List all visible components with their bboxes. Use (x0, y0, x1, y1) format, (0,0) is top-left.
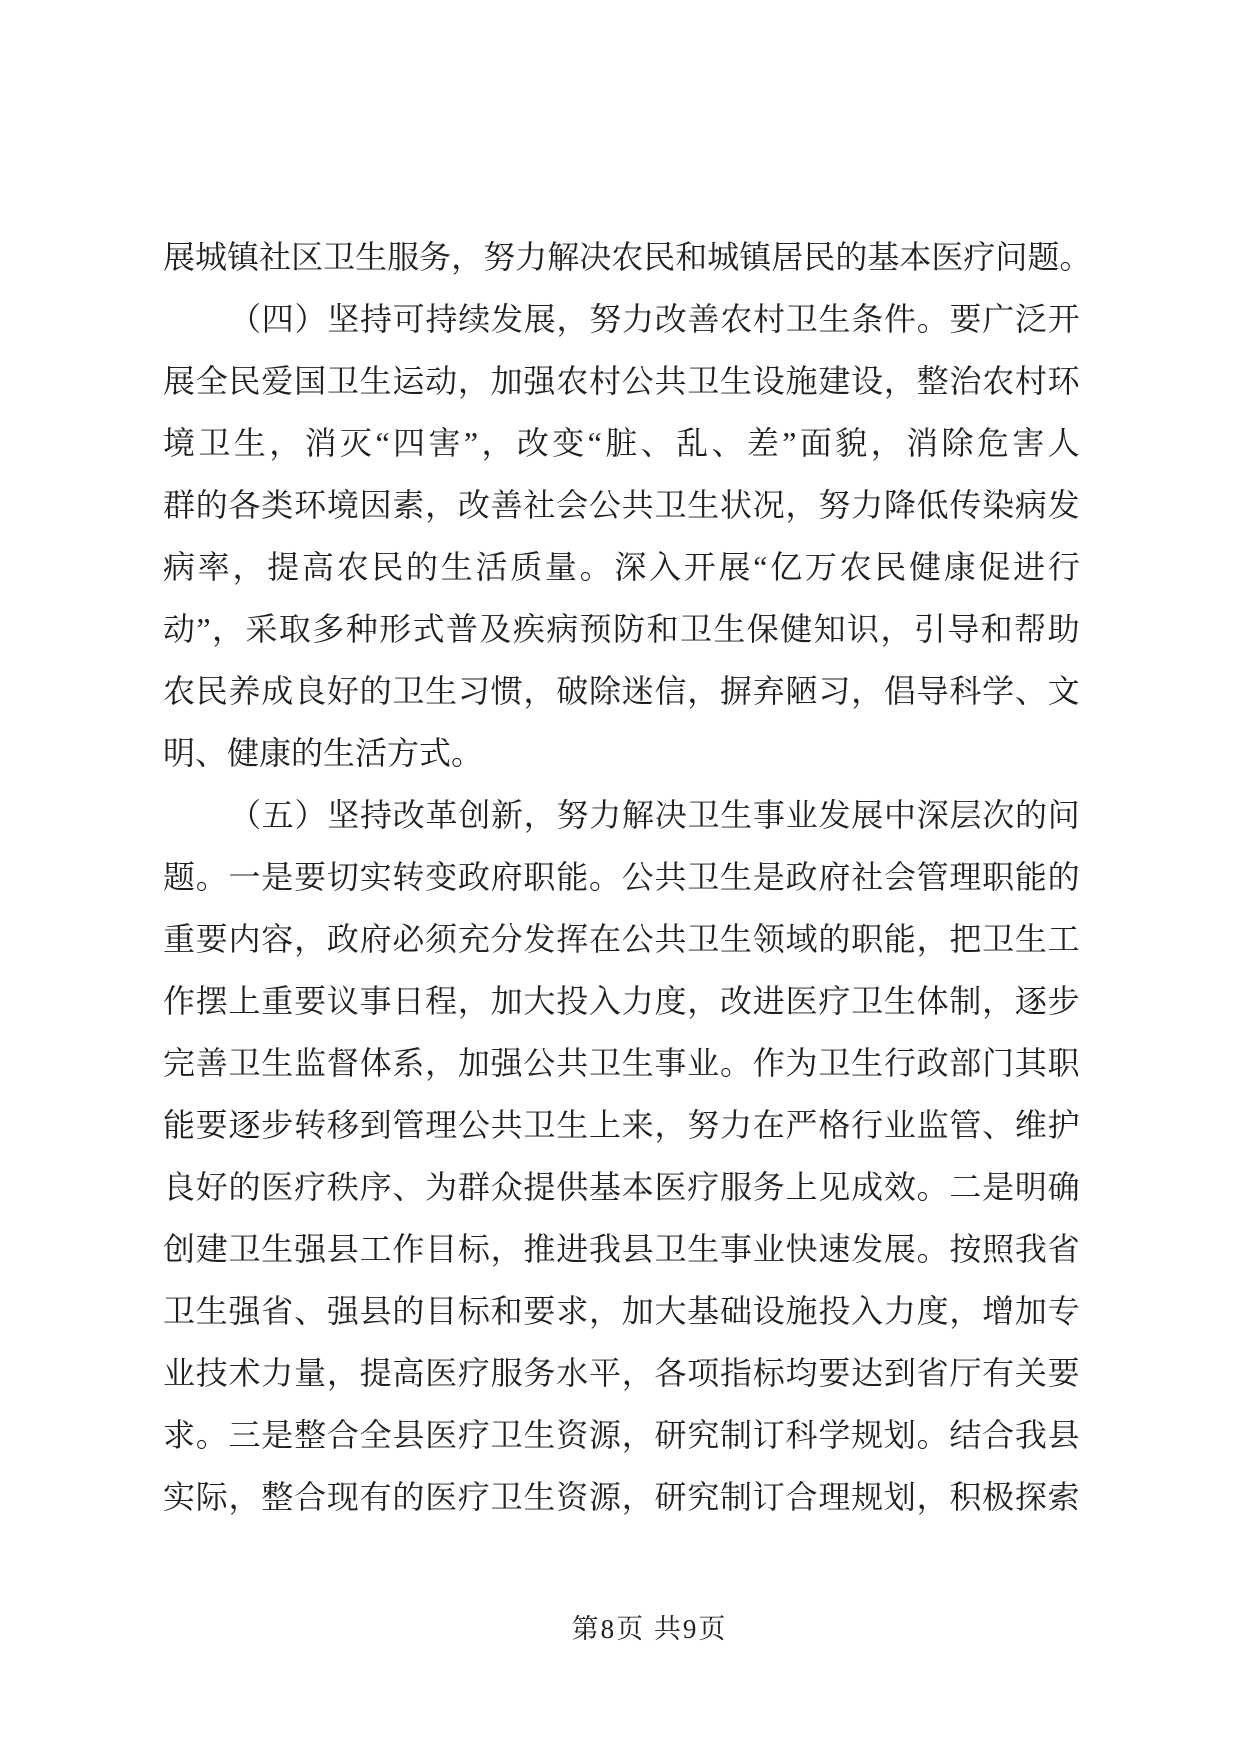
text-line: 能要逐步转移到管理公共卫生上来，努力在严格行业监管、维护 (163, 1094, 1080, 1156)
text-line: 展全民爱国卫生运动，加强农村公共卫生设施建设，整治农村环 (163, 350, 1080, 412)
text-line: 卫生强省、强县的目标和要求，加大基础设施投入力度，增加专 (163, 1280, 1080, 1342)
text-line: 展城镇社区卫生服务，努力解决农民和城镇居民的基本医疗问题。 (163, 226, 1080, 288)
page-number: 第8页 共9页 (572, 1614, 728, 1644)
text-line: 实际，整合现有的医疗卫生资源，研究制订合理规划，积极探索 (163, 1466, 1080, 1528)
text-line: 明、健康的生活方式。 (163, 722, 1080, 784)
text-line: 境卫生，消灭“四害”，改变“脏、乱、差”面貌，消除危害人 (163, 412, 1080, 474)
text-line: （四）坚持可持续发展，努力改善农村卫生条件。要广泛开 (163, 288, 1080, 350)
text-line: 群的各类环境因素，改善社会公共卫生状况，努力降低传染病发 (163, 474, 1080, 536)
text-line: 农民养成良好的卫生习惯，破除迷信，摒弃陋习，倡导科学、文 (163, 660, 1080, 722)
text-line: 完善卫生监督体系，加强公共卫生事业。作为卫生行政部门其职 (163, 1032, 1080, 1094)
page-footer: 第8页 共9页 (0, 1612, 1241, 1646)
text-line: 作摆上重要议事日程，加大投入力度，改进医疗卫生体制，逐步 (163, 970, 1080, 1032)
text-line: 业技术力量，提高医疗服务水平，各项指标均要达到省厅有关要 (163, 1342, 1080, 1404)
text-line: 求。三是整合全县医疗卫生资源，研究制订科学规划。结合我县 (163, 1404, 1080, 1466)
text-line: 创建卫生强县工作目标，推进我县卫生事业快速发展。按照我省 (163, 1218, 1080, 1280)
text-line: 动”，采取多种形式普及疾病预防和卫生保健知识，引导和帮助 (163, 598, 1080, 660)
text-line: 良好的医疗秩序、为群众提供基本医疗服务上见成效。二是明确 (163, 1156, 1080, 1218)
text-line: 题。一是要切实转变政府职能。公共卫生是政府社会管理职能的 (163, 846, 1080, 908)
text-line: 重要内容，政府必须充分发挥在公共卫生领域的职能，把卫生工 (163, 908, 1080, 970)
text-line: （五）坚持改革创新，努力解决卫生事业发展中深层次的问 (163, 784, 1080, 846)
document-body: 展城镇社区卫生服务，努力解决农民和城镇居民的基本医疗问题。（四）坚持可持续发展，… (163, 226, 1080, 1528)
text-line: 病率，提高农民的生活质量。深入开展“亿万农民健康促进行 (163, 536, 1080, 598)
document-page: 展城镇社区卫生服务，努力解决农民和城镇居民的基本医疗问题。（四）坚持可持续发展，… (0, 0, 1241, 1754)
